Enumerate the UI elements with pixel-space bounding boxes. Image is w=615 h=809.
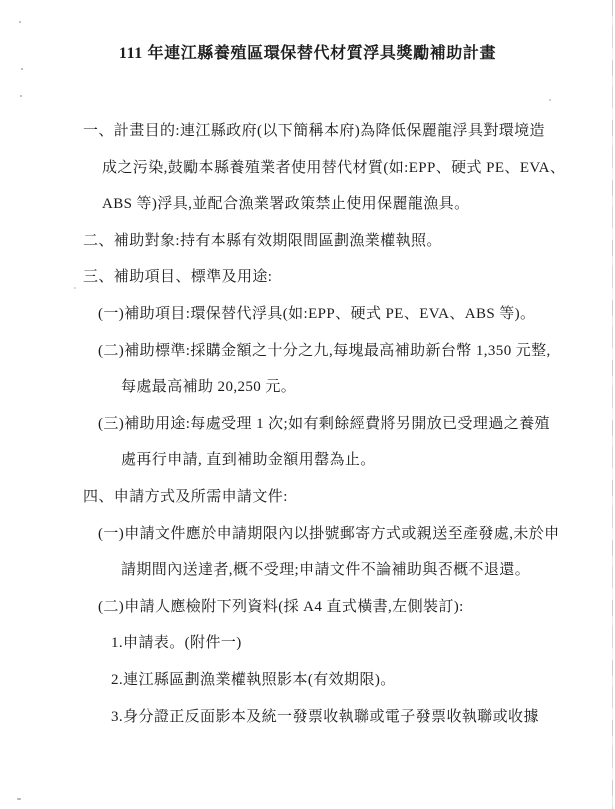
scan-speck xyxy=(74,287,76,289)
document-lines: 一、計畫目的:連江縣政府(以下簡稱本府)為降低保麗龍浮具對環境造成之污染,鼓勵本… xyxy=(0,113,615,735)
document-line: 四、申請方式及所需申請文件: xyxy=(0,479,615,516)
scan-speck xyxy=(549,99,551,101)
document-line: 請期間內送達者,概不受理;申請文件不論補助與否概不退還。 xyxy=(0,552,615,589)
document-line: ABS 等)浮具,並配合漁業署政策禁止使用保麗龍漁具。 xyxy=(0,186,615,223)
document-line: (三)補助用途:每處受理 1 次;如有剩餘經費將另開放已受理過之養殖 xyxy=(0,406,615,443)
scan-speck xyxy=(19,21,21,23)
document-line: 3.身分證正反面影本及統一發票收執聯或電子發票收執聯或收據 xyxy=(0,699,615,736)
document-line: (二)補助標準:採購金額之十分之九,每塊最高補助新台幣 1,350 元整, xyxy=(0,333,615,370)
document-line: (一)補助項目:環保替代浮具(如:EPP、硬式 PE、EVA、ABS 等)。 xyxy=(0,296,615,333)
document-line: 每處最高補助 20,250 元。 xyxy=(0,369,615,406)
document-line: 成之污染,鼓勵本縣養殖業者使用替代材質(如:EPP、硬式 PE、EVA、 xyxy=(0,150,615,187)
document-line: 一、計畫目的:連江縣政府(以下簡稱本府)為降低保麗龍浮具對環境造 xyxy=(0,113,615,150)
document-line: (二)申請人應檢附下列資料(採 A4 直式橫書,左側裝訂): xyxy=(0,589,615,626)
document-line: 處再行申請, 直到補助金額用罄為止。 xyxy=(0,442,615,479)
scan-speck xyxy=(17,798,21,800)
scan-speck xyxy=(21,68,23,70)
scan-speck xyxy=(20,95,22,97)
scan-speck xyxy=(216,575,218,577)
document-line: 三、補助項目、標準及用途: xyxy=(0,259,615,296)
document-line: 2.連江縣區劃漁業權執照影本(有效期限)。 xyxy=(0,662,615,699)
document-line: (一)申請文件應於申請期限內以掛號郵寄方式或親送至產發處,未於申 xyxy=(0,516,615,553)
document-title: 111 年連江縣養殖區環保替代材質浮具獎勵補助計畫 xyxy=(20,44,595,63)
document-page: 111 年連江縣養殖區環保替代材質浮具獎勵補助計畫 一、計畫目的:連江縣政府(以… xyxy=(0,0,615,809)
scan-edge-artifact xyxy=(612,0,613,809)
document-line: 二、補助對象:持有本縣有效期限間區劃漁業權執照。 xyxy=(0,223,615,260)
document-line: 1.申請表。(附件一) xyxy=(0,625,615,662)
